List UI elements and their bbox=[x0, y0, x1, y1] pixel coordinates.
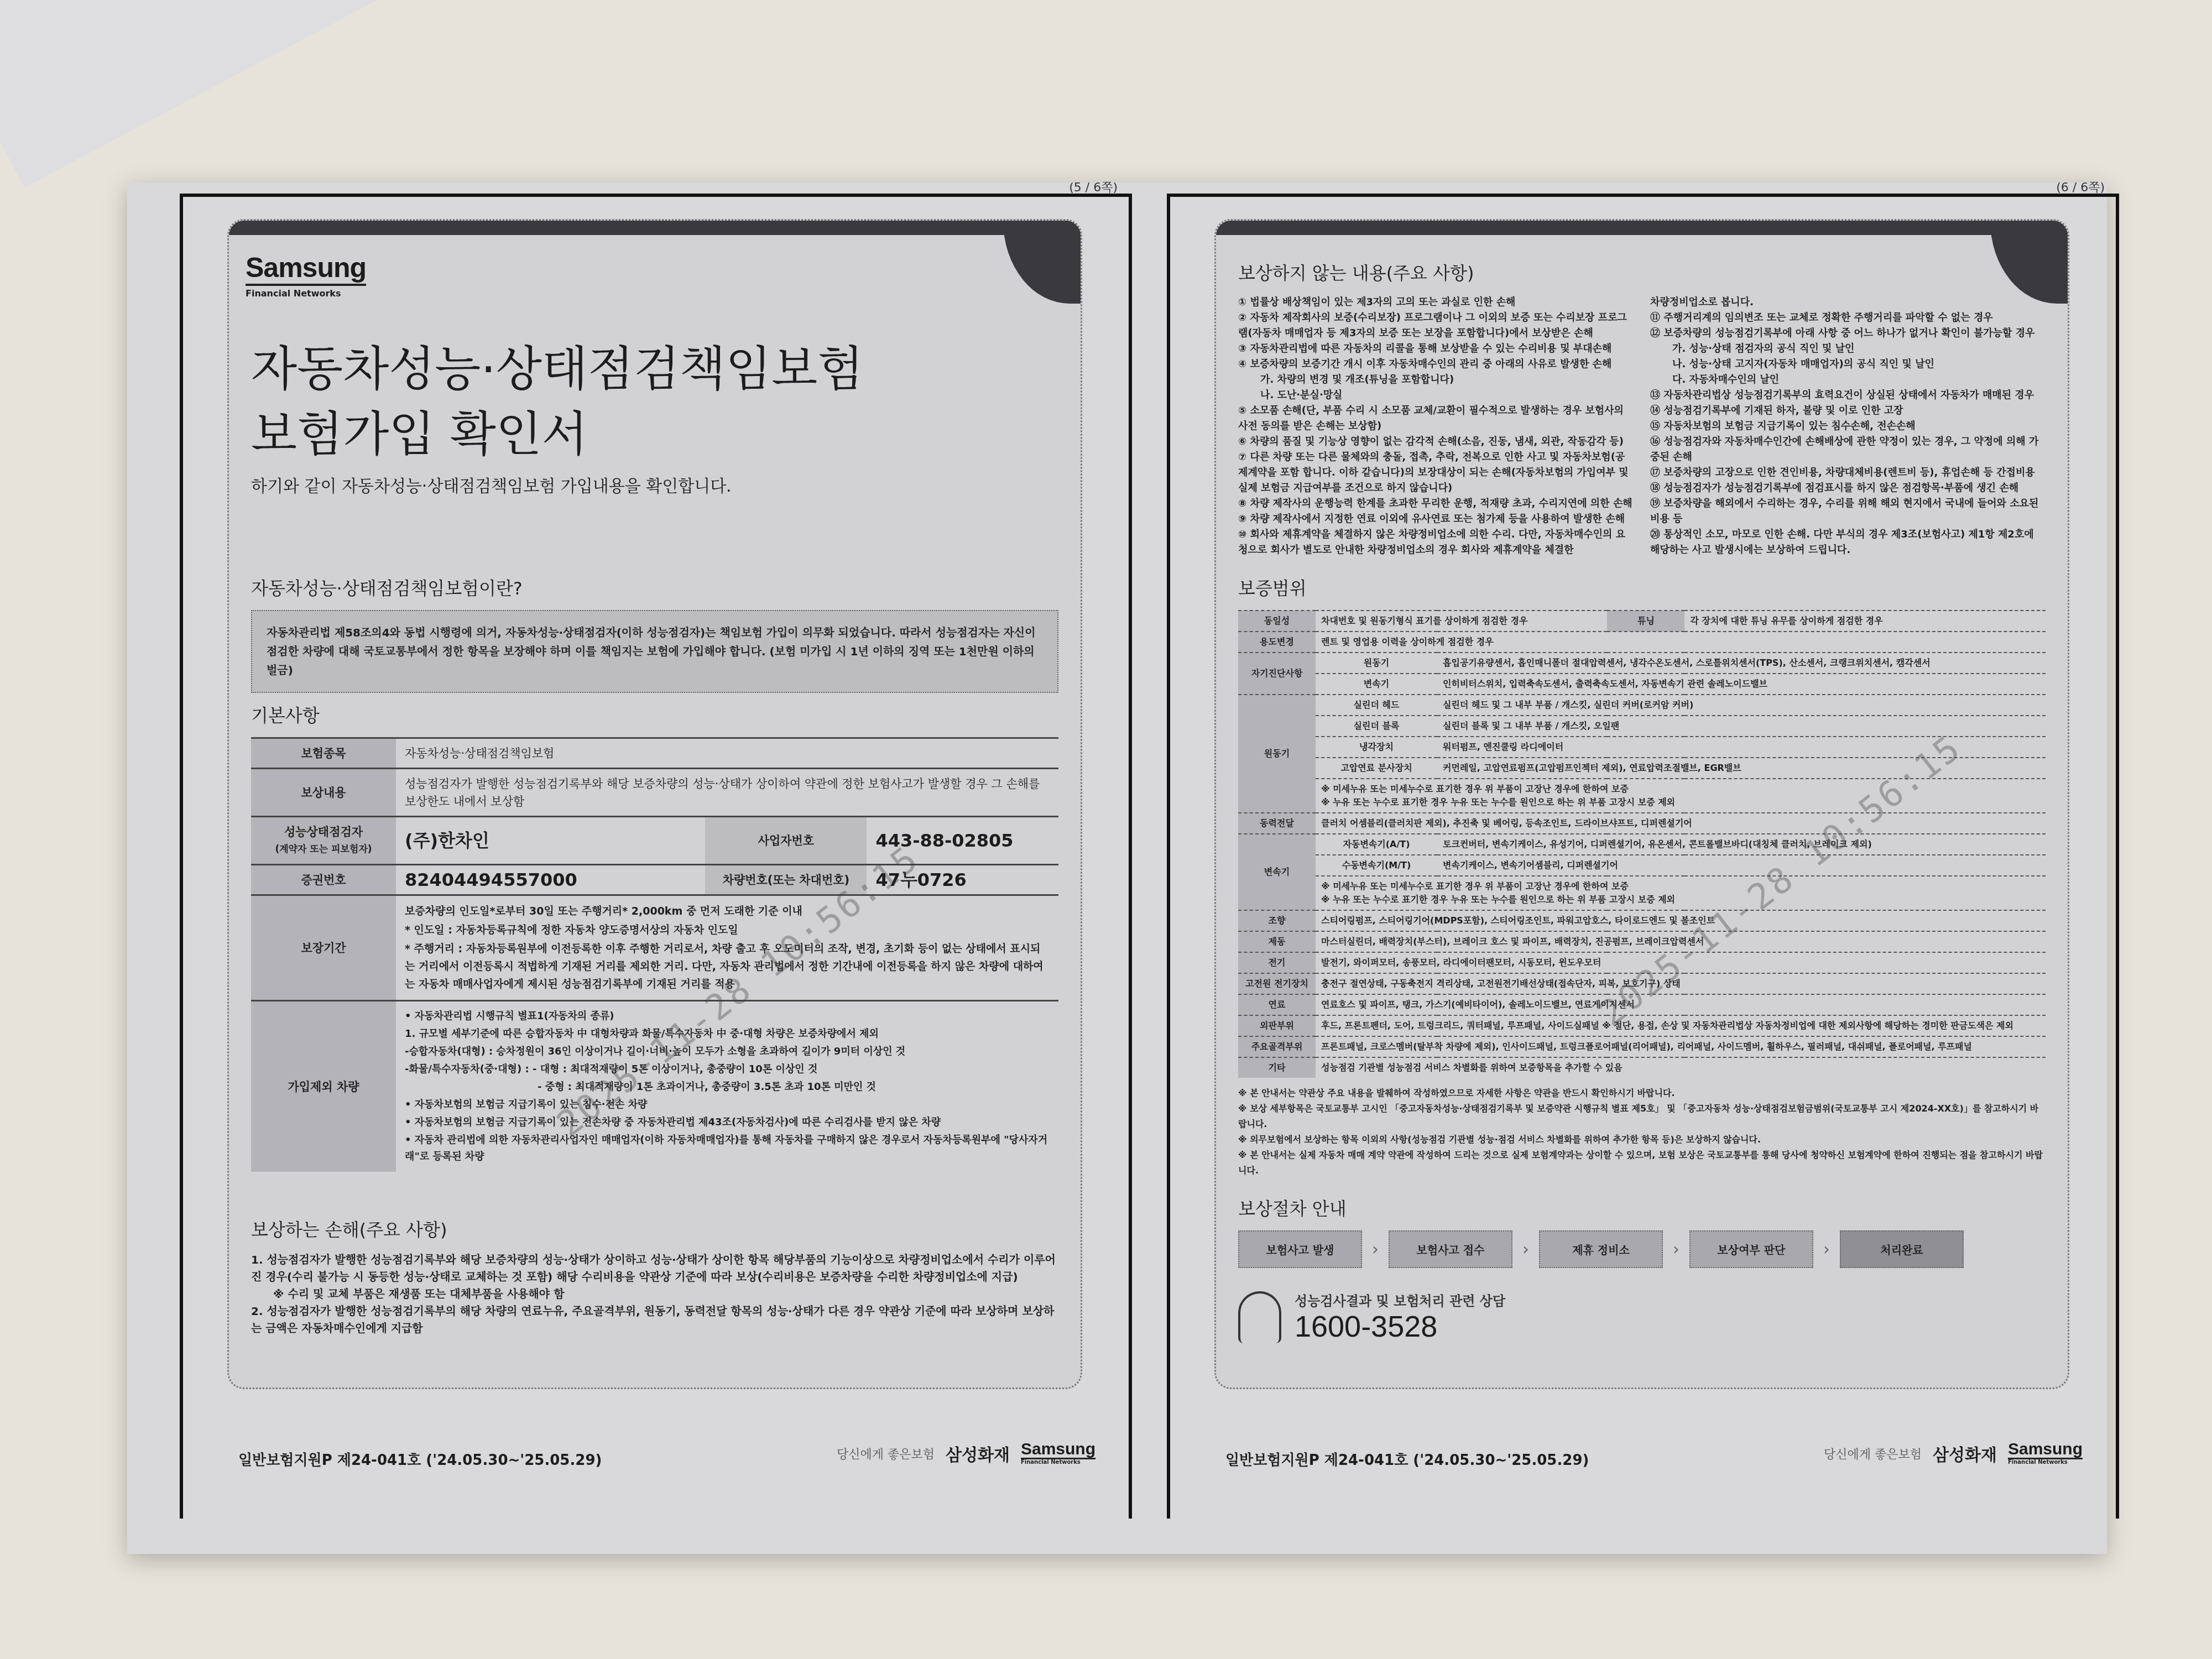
table-cell: 고압연료 분사장치 bbox=[1316, 758, 1437, 779]
table-row: 성능상태점검자(계약자 또는 피보험자) (주)한차인 사업자번호 443-88… bbox=[251, 817, 1058, 865]
notice-item: ※ 본 안내서는 약관상 주요 내용을 발췌하여 작성하였으므로 자세한 사항은… bbox=[1238, 1086, 2046, 1101]
table-cell: ※ 미세누유 또는 미세누수로 표기한 경우 위 부품이 고장난 경우에 한하여… bbox=[1316, 779, 2046, 813]
certificate-card: Samsung Financial Networks 자동차성능·상태점검책임보… bbox=[227, 219, 1082, 1389]
list-item: ⑧ 차량 제작사의 운행능력 한계를 초과한 무리한 운행, 적재량 초과, 수… bbox=[1238, 496, 1634, 512]
table-cell: 렌트 및 영업용 이력을 상이하게 점검한 경우 bbox=[1316, 632, 2046, 653]
list-item: ③ 자동차관리법에 따른 자동차의 리콜을 통해 보상받을 수 있는 수리비용 … bbox=[1238, 341, 1634, 357]
table-row: 자기진단사항원동기흡입공기유량센서, 흡인매니폴더 절대압력센서, 냉각수온도센… bbox=[1238, 653, 2046, 674]
decorative-top-bar bbox=[229, 221, 1081, 235]
not-covered-col-2: 차량정비업소로 봅니다.⑪ 주행거리계의 임의변조 또는 교체로 정확한 주행거… bbox=[1650, 295, 2046, 558]
table-row: 변속기자동변속기(A/T)토크컨버터, 변속기케이스, 유성기어, 디퍼렌셜기어… bbox=[1238, 834, 2046, 855]
table-cell: 자동변속기(A/T) bbox=[1316, 834, 1437, 855]
table-cell: 후드, 프론트펜더, 도어, 트렁크리드, 쿼터패널, 루프패널, 사이드실패널… bbox=[1316, 1015, 2046, 1036]
coverage-table: 동일성차대번호 및 원동기형식 표기를 상이하게 점검한 경우튜닝각 장치에 대… bbox=[1238, 610, 2046, 1078]
coverage-card: 보상하지 않는 내용(주요 사항) ① 법률상 배상책임이 있는 제3자의 고의… bbox=[1214, 219, 2069, 1389]
list-item: 차량정비업소로 봅니다. bbox=[1650, 295, 2046, 310]
table-row: ※ 미세누유 또는 미세누수로 표기한 경우 위 부품이 고장난 경우에 한하여… bbox=[1238, 876, 2046, 910]
contact-block: 성능검사결과 및 보험처리 관련 상담 1600-3528 bbox=[1238, 1290, 2046, 1344]
page-number: (6 / 6쪽) bbox=[2056, 178, 2105, 195]
table-cell: 실린더 블록 및 그 내부 부품 / 개스킷, 오일팬 bbox=[1437, 716, 2046, 737]
table-cell: 토크컨버터, 변속기케이스, 유성기어, 디퍼렌셜기어, 유온센서, 콘트롤밸브… bbox=[1437, 834, 2046, 855]
table-cell: 실린더 헤드 및 그 내부 부품 / 개스킷, 실린더 커버(로커암 커버) bbox=[1437, 695, 2046, 716]
table-cell: 냉각장치 bbox=[1316, 737, 1437, 758]
table-row: 전기발전기, 와이퍼모터, 송풍모터, 라디에이터팬모터, 시동모터, 윈도우모… bbox=[1238, 952, 2046, 973]
page-footer: 일반보험지원P 제24-041호 ('24.05.30~'25.05.29) 당… bbox=[1225, 1441, 2083, 1474]
definition-box: 자동차관리법 제58조의4와 동법 시행령에 의거, 자동차성능·상태점검자(이… bbox=[251, 610, 1058, 693]
page-6: (6 / 6쪽) 보상하지 않는 내용(주요 사항) ① 법률상 배상책임이 있… bbox=[1167, 194, 2119, 1519]
table-cell: 변속기 bbox=[1316, 674, 1437, 695]
notices: ※ 본 안내서는 약관상 주요 내용을 발췌하여 작성하였으므로 자세한 사항은… bbox=[1238, 1086, 2046, 1178]
list-item: ⑬ 자동차관리법상 성능점검기록부의 효력요건이 상실된 상태에서 자동차가 매… bbox=[1650, 388, 2046, 403]
list-item: ② 자동차 제작회사의 보증(수리보장) 프로그램이나 그 이외의 보증 또는 … bbox=[1238, 310, 1634, 341]
list-item: 1. 성능점검자가 발행한 성능점검기록부와 해당 보증차량의 성능·상태가 상… bbox=[251, 1251, 1058, 1286]
table-cell: 프론트패널, 크로스멤버(탈부착 차량에 제외), 인사이드패널, 트렁크플로어… bbox=[1316, 1036, 2046, 1057]
list-item: 나. 도난·분실·망실 bbox=[1238, 388, 1634, 403]
section-heading: 보상절차 안내 bbox=[1238, 1195, 2046, 1220]
notice-item: ※ 보상 세부항목은 국토교통부 고시인 「중고자동차성능·상태점검기록부 및 … bbox=[1238, 1101, 2046, 1132]
table-cell: 동력전달 bbox=[1238, 813, 1316, 834]
page-number: (5 / 6쪽) bbox=[1069, 178, 1118, 195]
list-item: ※ 수리 및 교체 부품은 재생품 또는 대체부품을 사용해야 함 bbox=[251, 1286, 1058, 1303]
table-row: 보장기간 보증차량의 인도일*로부터 30일 또는 주행거리* 2,000km … bbox=[251, 895, 1058, 1001]
list-item: 2. 성능점검자가 발행한 성능점검기록부의 해당 차량의 연료누유, 주요골격… bbox=[251, 1303, 1058, 1337]
table-cell: 커먼레일, 고압연료펌프(고압펌프인젝터 제외), 연료압력조절밸브, EGR밸… bbox=[1437, 758, 2046, 779]
list-item: ⑳ 통상적인 소모, 마모로 인한 손해. 다만 부식의 경우 제3조(보험사고… bbox=[1650, 527, 2046, 558]
table-cell: 성능점검 기관별 성능점검 서비스 차별화를 위하여 보증항목을 추가할 수 있… bbox=[1316, 1057, 2046, 1078]
table-cell: 동일성 bbox=[1238, 611, 1316, 632]
inspector-name: (주)한차인 bbox=[396, 817, 705, 865]
table-row: 용도변경렌트 및 영업용 이력을 상이하게 점검한 경우 bbox=[1238, 632, 2046, 653]
table-row: 가입제외 차량 • 자동차관리법 시행규칙 별표1(자동차의 종류) 1. 규모… bbox=[251, 1001, 1058, 1172]
list-item: ⑩ 회사와 제휴계약을 체결하지 않은 차량정비업소에 의한 수리. 다만, 자… bbox=[1238, 527, 1634, 558]
table-row: ※ 미세누유 또는 미세누수로 표기한 경우 위 부품이 고장난 경우에 한하여… bbox=[1238, 779, 2046, 813]
list-item: ⑰ 보증차량의 고장으로 인한 견인비용, 차량대체비용(렌트비 등), 휴업손… bbox=[1650, 465, 2046, 481]
table-row: 제동마스터실린더, 배력장치(부스터), 브레이크 호스 및 파이프, 배력장치… bbox=[1238, 931, 2046, 952]
table-row: 동일성차대번호 및 원동기형식 표기를 상이하게 점검한 경우튜닝각 장치에 대… bbox=[1238, 611, 2046, 632]
printed-sheet: (5 / 6쪽) Samsung Financial Networks 자동차성… bbox=[127, 182, 2107, 1554]
table-row: 보험종목 자동차성능·상태점검책임보험 bbox=[251, 738, 1058, 769]
process-step: 처리완료 bbox=[1840, 1230, 1964, 1268]
list-item: ① 법률상 배상책임이 있는 제3자의 고의 또는 과실로 인한 손해 bbox=[1238, 295, 1634, 310]
table-cell: 제동 bbox=[1238, 931, 1316, 952]
chevron-right-icon: › bbox=[1823, 1240, 1830, 1259]
list-item: ④ 보증차량의 보증기간 개시 이후 자동차매수인의 관리 중 아래의 사유로 … bbox=[1238, 357, 1634, 372]
section-heading: 기본사항 bbox=[251, 702, 1058, 727]
table-row: 고압연료 분사장치커먼레일, 고압연료펌프(고압펌프인젝터 제외), 연료압력조… bbox=[1238, 758, 2046, 779]
table-cell: 전기 bbox=[1238, 952, 1316, 973]
section-coverage-scope: 보증범위 동일성차대번호 및 원동기형식 표기를 상이하게 점검한 경우튜닝각 … bbox=[1238, 575, 2046, 1344]
table-cell: 연료 bbox=[1238, 994, 1316, 1015]
process-step: 보험사고 접수 bbox=[1389, 1230, 1512, 1268]
table-cell: 각 장치에 대한 튜닝 유무를 상이하게 점검한 경우 bbox=[1684, 611, 2046, 632]
table-cell: 고전원 전기장치 bbox=[1238, 973, 1316, 994]
business-number: 443-88-02805 bbox=[867, 817, 1058, 865]
section-covered-losses: 보상하는 손해(주요 사항) 1. 성능점검자가 발행한 성능점검기록부와 해당… bbox=[251, 1216, 1058, 1337]
section-basic-info: 기본사항 보험종목 자동차성능·상태점검책임보험 보상내용 성능점검자가 발행한… bbox=[251, 702, 1058, 1172]
table-cell: 흡입공기유량센서, 흡인매니폴더 절대압력센서, 냉각수온도센서, 스로틀위치센… bbox=[1437, 653, 2046, 674]
list-item: ⑭ 성능점검기록부에 기재된 하자, 불량 및 이로 인한 고장 bbox=[1650, 403, 2046, 419]
not-covered-col-1: ① 법률상 배상책임이 있는 제3자의 고의 또는 과실로 인한 손해② 자동차… bbox=[1238, 295, 1634, 558]
table-cell: 변속기 bbox=[1238, 834, 1316, 910]
notice-item: ※ 본 안내서는 실제 자동차 매매 계약 약관에 작성하여 드리는 것으로 실… bbox=[1238, 1147, 2046, 1178]
basic-info-table: 보험종목 자동차성능·상태점검책임보험 보상내용 성능점검자가 발행한 성능점검… bbox=[251, 737, 1058, 1172]
table-cell: 조향 bbox=[1238, 910, 1316, 931]
list-item: 다. 자동차매수인의 날인 bbox=[1650, 372, 2046, 388]
background-paper-sheet bbox=[0, 0, 513, 187]
table-row: 동력전달클러치 어셈블리(클러치판 제외), 추진축 및 베어링, 등속조인트,… bbox=[1238, 813, 2046, 834]
policy-number: 82404494557000 bbox=[396, 865, 705, 895]
list-item: ⑲ 보증차량을 해외에서 수리하는 경우, 수리를 위해 해외 현지에서 국내에… bbox=[1650, 496, 2046, 527]
table-row: 수동변속기(M/T)변속기케이스, 변속기어셈블리, 디퍼렌셜기어 bbox=[1238, 855, 2046, 876]
section-heading: 보상하지 않는 내용(주요 사항) bbox=[1238, 259, 2046, 285]
samsung-logo: SamsungFinancial Networks bbox=[1021, 1441, 1095, 1465]
table-row: 냉각장치워터펌프, 엔진쿨링 라디에이터 bbox=[1238, 737, 2046, 758]
process-step: 제휴 정비소 bbox=[1539, 1230, 1663, 1268]
claim-process-steps: 보험사고 발생›보험사고 접수›제휴 정비소›보상여부 판단›처리완료 bbox=[1238, 1230, 2046, 1268]
process-step: 보상여부 판단 bbox=[1689, 1230, 1813, 1268]
page-5: (5 / 6쪽) Samsung Financial Networks 자동차성… bbox=[180, 194, 1132, 1519]
chevron-right-icon: › bbox=[1673, 1240, 1679, 1259]
list-item: ⑥ 차량의 품질 및 기능상 영향이 없는 감각적 손해(소음, 진동, 냄새,… bbox=[1238, 434, 1634, 450]
list-item: ⑯ 성능점검자와 자동차매수인간에 손해배상에 관한 약정이 있는 경우, 그 … bbox=[1650, 434, 2046, 465]
list-item: ⑤ 소모품 손해(단, 부품 수리 시 소모품 교체/교환이 필수적으로 발생하… bbox=[1238, 403, 1634, 434]
table-cell: 외판부위 bbox=[1238, 1015, 1316, 1036]
section-what-is: 자동차성능·상태점검책임보험이란? 자동차관리법 제58조의4와 동법 시행령에… bbox=[251, 575, 1058, 693]
document-subtitle: 하기와 같이 자동차성능·상태점검책임보험 가입내용을 확인합니다. bbox=[251, 472, 732, 497]
table-cell: 수동변속기(M/T) bbox=[1316, 855, 1437, 876]
section-heading: 자동차성능·상태점검책임보험이란? bbox=[251, 575, 1058, 600]
table-cell: 원동기 bbox=[1238, 695, 1316, 813]
samsung-logo: SamsungFinancial Networks bbox=[2008, 1441, 2083, 1465]
decorative-top-bar bbox=[1216, 221, 2068, 235]
notice-item: ※ 의무보험에서 보상하는 항목 이외의 사항(성능점검 기관별 성능·점검 서… bbox=[1238, 1132, 2046, 1147]
document-number: 일반보험지원P 제24-041호 ('24.05.30~'25.05.29) bbox=[1225, 1449, 1589, 1469]
list-item: ⑦ 다른 차량 또는 다른 물체와의 충돌, 접촉, 추락, 전복으로 인한 사… bbox=[1238, 450, 1634, 496]
list-item: ⑪ 주행거리계의 임의변조 또는 교체로 정확한 주행거리를 파악할 수 없는 … bbox=[1650, 310, 2046, 326]
section-not-covered: 보상하지 않는 내용(주요 사항) ① 법률상 배상책임이 있는 제3자의 고의… bbox=[1238, 259, 2046, 558]
table-cell: 스티어링펌프, 스티어링기어(MDPS포함), 스티어링조인트, 파워고압호스,… bbox=[1316, 910, 2046, 931]
table-cell: 충전구 절연상태, 구동축전지 격리상태, 고전원전기배선상태(접속단자, 피복… bbox=[1316, 973, 2046, 994]
table-cell: 용도변경 bbox=[1238, 632, 1316, 653]
table-row: 증권번호 82404494557000 차량번호(또는 차대번호) 47누072… bbox=[251, 865, 1058, 895]
table-cell: 마스터실린더, 배력장치(부스터), 브레이크 호스 및 파이프, 배력장치, … bbox=[1316, 931, 2046, 952]
table-cell: 실린더 헤드 bbox=[1316, 695, 1437, 716]
table-cell: ※ 미세누유 또는 미세누수로 표기한 경우 위 부품이 고장난 경우에 한하여… bbox=[1316, 876, 2046, 910]
samsung-logo: Samsung Financial Networks bbox=[246, 254, 366, 299]
table-row: 조향스티어링펌프, 스티어링기어(MDPS포함), 스티어링조인트, 파워고압호… bbox=[1238, 910, 2046, 931]
list-item: 나. 성능·상태 고지자(자동차 매매업자)의 공식 직인 및 날인 bbox=[1650, 357, 2046, 372]
table-cell: 기타 bbox=[1238, 1057, 1316, 1078]
table-cell: 튜닝 bbox=[1607, 611, 1684, 632]
table-cell: 주요골격부위 bbox=[1238, 1036, 1316, 1057]
section-heading: 보상하는 손해(주요 사항) bbox=[251, 1216, 1058, 1241]
chevron-right-icon: › bbox=[1372, 1240, 1379, 1259]
table-row: 주요골격부위프론트패널, 크로스멤버(탈부착 차량에 제외), 인사이드패널, … bbox=[1238, 1036, 2046, 1057]
table-cell: 연료호스 및 파이프, 탱크, 가스기(예비타이어), 솔레노이드밸브, 연료게… bbox=[1316, 994, 2046, 1015]
table-row: 보상내용 성능점검자가 발행한 성능점검기록부와 해당 보증차량의 성능·상태가… bbox=[251, 769, 1058, 817]
table-cell: 변속기케이스, 변속기어셈블리, 디퍼렌셜기어 bbox=[1437, 855, 2046, 876]
list-item: ⑮ 자동차보험의 보험금 지급기록이 있는 침수손해, 전손손해 bbox=[1650, 419, 2046, 434]
table-cell: 차대번호 및 원동기형식 표기를 상이하게 점검한 경우 bbox=[1316, 611, 1607, 632]
list-item: 가. 차량의 변경 및 개조(튜닝을 포함합니다) bbox=[1238, 372, 1634, 388]
process-step: 보험사고 발생 bbox=[1238, 1230, 1362, 1268]
list-item: 가. 성능·상태 점검자의 공식 직인 및 날인 bbox=[1650, 341, 2046, 357]
table-row: 기타성능점검 기관별 성능점검 서비스 차별화를 위하여 보증항목을 추가할 수… bbox=[1238, 1057, 2046, 1078]
page-footer: 일반보험지원P 제24-041호 ('24.05.30~'25.05.29) 당… bbox=[238, 1441, 1095, 1474]
document-title: 자동차성능·상태점검책임보험 보험가입 확인서 bbox=[251, 337, 863, 467]
table-cell: 발전기, 와이퍼모터, 송풍모터, 라디에이터팬모터, 시동모터, 윈도우모터 bbox=[1316, 952, 2046, 973]
list-item: ⑨ 차량 제작사에서 지정한 연료 이외에 유사연료 또는 첨가제 등을 사용하… bbox=[1238, 512, 1634, 527]
table-row: 원동기실린더 헤드실린더 헤드 및 그 내부 부품 / 개스킷, 실린더 커버(… bbox=[1238, 695, 2046, 716]
table-row: 변속기인히비터스위치, 입력축속도센서, 출력축속도센서, 자동변속기 관련 솔… bbox=[1238, 674, 2046, 695]
table-row: 실린더 블록실린더 블록 및 그 내부 부품 / 개스킷, 오일팬 bbox=[1238, 716, 2046, 737]
phone-number[interactable]: 1600-3528 bbox=[1295, 1310, 1505, 1344]
table-cell: 실린더 블록 bbox=[1316, 716, 1437, 737]
table-row: 고전원 전기장치충전구 절연상태, 구동축전지 격리상태, 고전원전기배선상태(… bbox=[1238, 973, 2046, 994]
table-cell: 원동기 bbox=[1316, 653, 1437, 674]
vehicle-number: 47누0726 bbox=[867, 865, 1058, 895]
chevron-right-icon: › bbox=[1522, 1240, 1529, 1259]
list-item: ⑫ 보증차량의 성능점검기록부에 아래 사항 중 어느 하나가 없거나 확인이 … bbox=[1650, 326, 2046, 341]
document-number: 일반보험지원P 제24-041호 ('24.05.30~'25.05.29) bbox=[238, 1449, 602, 1469]
headset-icon bbox=[1238, 1291, 1281, 1343]
table-cell: 클러치 어셈블리(클러치판 제외), 추진축 및 베어링, 등속조인트, 드라이… bbox=[1316, 813, 2046, 834]
section-heading: 보증범위 bbox=[1238, 575, 2046, 600]
decorative-curve bbox=[1003, 221, 1081, 304]
table-cell: 인히비터스위치, 입력축속도센서, 출력축속도센서, 자동변속기 관련 솔레노이… bbox=[1437, 674, 2046, 695]
table-cell: 자기진단사항 bbox=[1238, 653, 1316, 695]
table-row: 연료연료호스 및 파이프, 탱크, 가스기(예비타이어), 솔레노이드밸브, 연… bbox=[1238, 994, 2046, 1015]
table-row: 외판부위후드, 프론트펜더, 도어, 트렁크리드, 쿼터패널, 루프패널, 사이… bbox=[1238, 1015, 2046, 1036]
list-item: ⑱ 성능점검자가 성능점검기록부에 점검표시를 하지 않은 점검항목·부품에 생… bbox=[1650, 481, 2046, 496]
table-cell: 워터펌프, 엔진쿨링 라디에이터 bbox=[1437, 737, 2046, 758]
